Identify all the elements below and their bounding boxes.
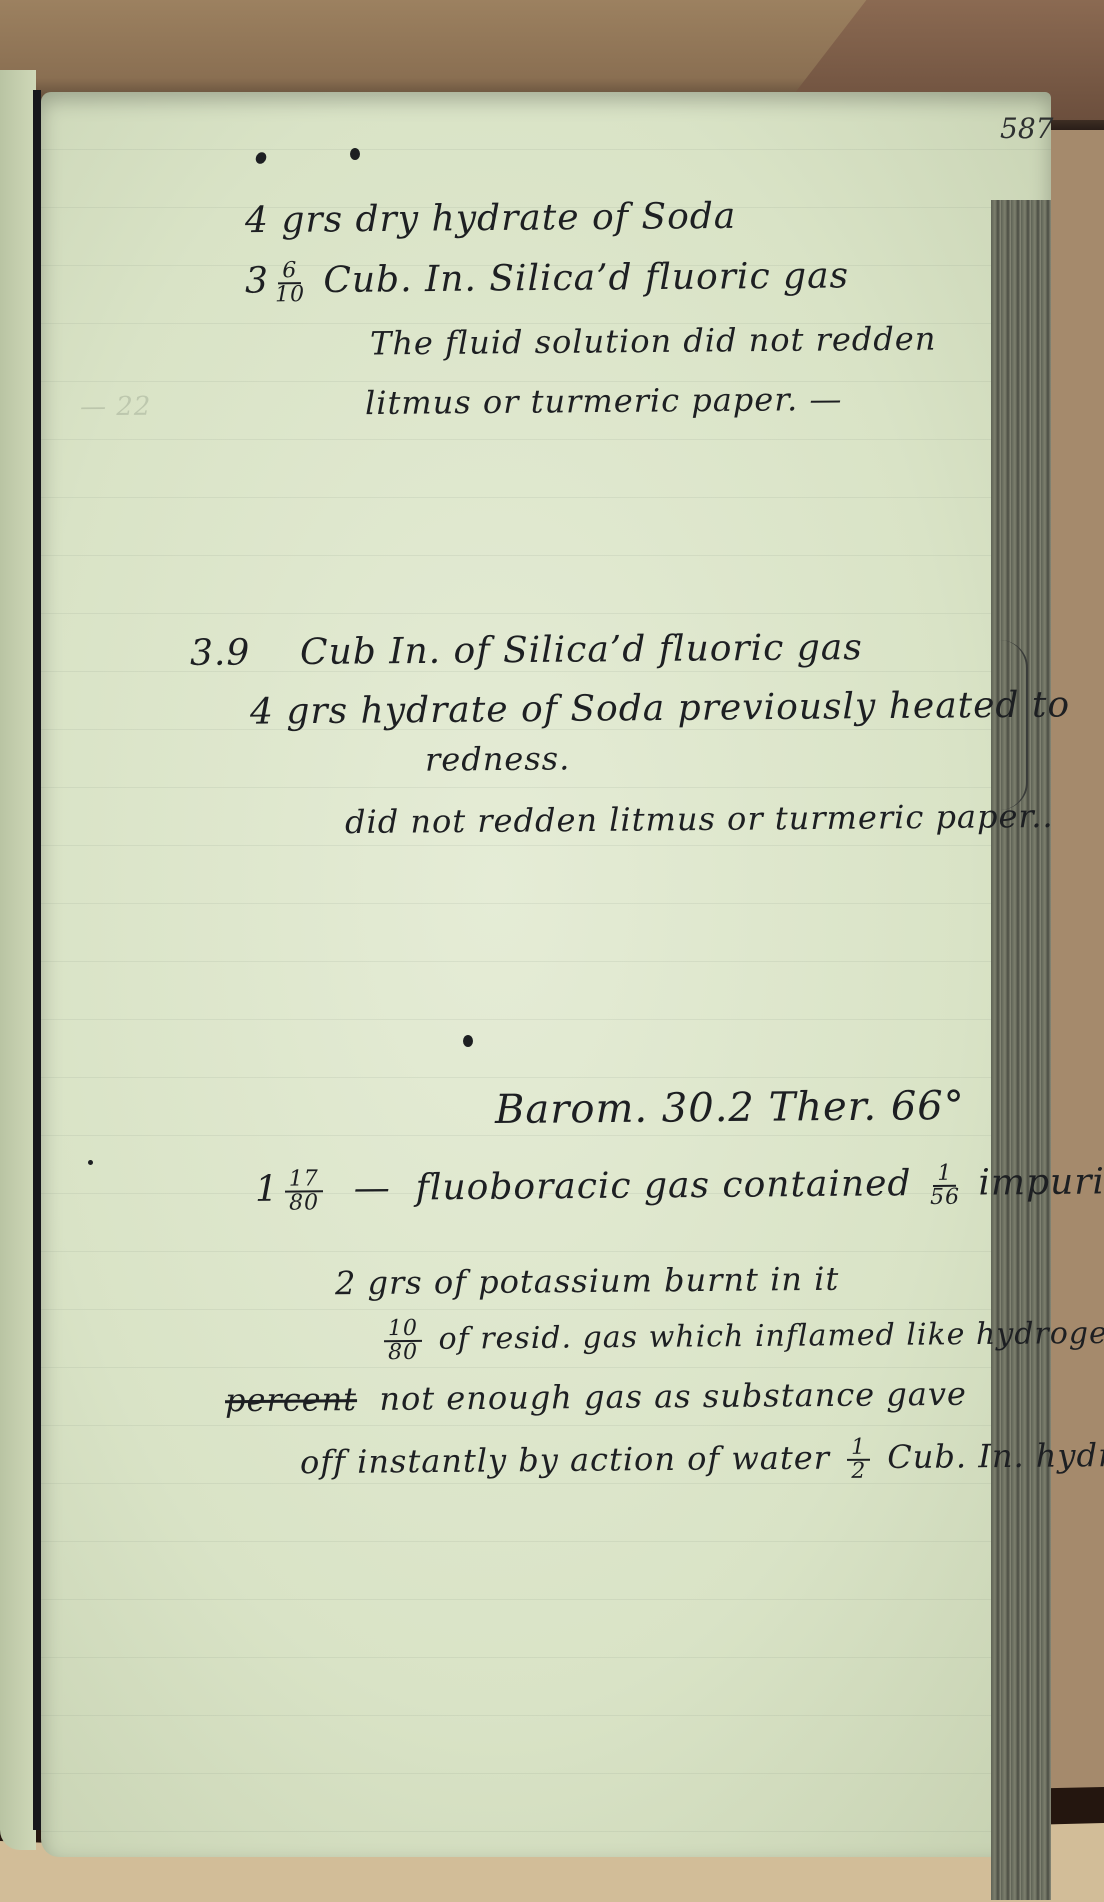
entry-line: 3610 Cub. In. Silica’d fluoric gas <box>245 255 849 306</box>
entry-text: of resid. gas which inflamed like hydrog… <box>438 1316 1104 1357</box>
entry-line: 11780 — fluoboracic gas contained 156 im… <box>255 1161 1104 1215</box>
entry-line: 3.9 Cub In. of Silica’d fluoric gas <box>190 627 863 674</box>
entry-line: 4 grs hydrate of Soda previously heated … <box>250 684 1070 732</box>
entry-line: redness. <box>425 739 571 778</box>
quantity-whole: 1 <box>255 1169 279 1210</box>
entry-line: 4 grs dry hydrate of Soda <box>245 196 737 241</box>
left-page-edge <box>0 70 36 1850</box>
entry-line: off instantly by action of water 12 Cub.… <box>300 1434 1104 1487</box>
ink-dot <box>463 1035 473 1047</box>
bleed-through-margin-mark: — 22 <box>80 392 152 423</box>
entry-text: Cub. In. hydro. <box>887 1436 1104 1476</box>
quantity: 3.9 <box>190 632 251 674</box>
ink-mark <box>350 148 360 160</box>
entry-line: litmus or turmeric paper. — <box>365 380 843 422</box>
impurity-fraction: 156 <box>930 1163 960 1209</box>
entry-line: 1080 of resid. gas which inflamed like h… <box>378 1312 1104 1365</box>
struck-word: percent <box>225 1380 357 1419</box>
residue-fraction: 1080 <box>384 1318 422 1364</box>
quantity-fraction: 1780 <box>285 1168 323 1214</box>
entry-line: The fluid solution did not redden <box>370 320 937 363</box>
entry-line: 2 grs of potassium burnt in it <box>335 1260 840 1302</box>
entry-text: off instantly by action of water <box>300 1439 830 1482</box>
entry-line: percent not enough gas as substance gave <box>225 1375 967 1419</box>
book-gutter <box>33 90 41 1830</box>
entry-line: did not redden litmus or turmeric paper.… <box>345 797 1054 841</box>
dash: — <box>354 1168 391 1209</box>
entry-text: Cub In. of Silica’d fluoric gas <box>300 627 863 673</box>
page-stack-edges <box>991 200 1051 1900</box>
entry-text: fluoboracic gas contained <box>415 1163 911 1208</box>
entry-text: not enough gas as substance gave <box>379 1375 967 1418</box>
volume-fraction: 12 <box>847 1437 870 1483</box>
quantity-fraction: 610 <box>275 260 305 306</box>
ink-dot <box>88 1160 93 1165</box>
page-number: 587 <box>1000 112 1053 145</box>
entry-text: Cub. In. Silica’d fluoric gas <box>323 255 849 301</box>
entry-text: impurity <box>978 1161 1104 1203</box>
bracket-mark <box>1000 640 1028 810</box>
quantity-whole: 3 <box>245 260 269 301</box>
barometer-reading: Barom. 30.2 Ther. 66° <box>495 1083 965 1133</box>
